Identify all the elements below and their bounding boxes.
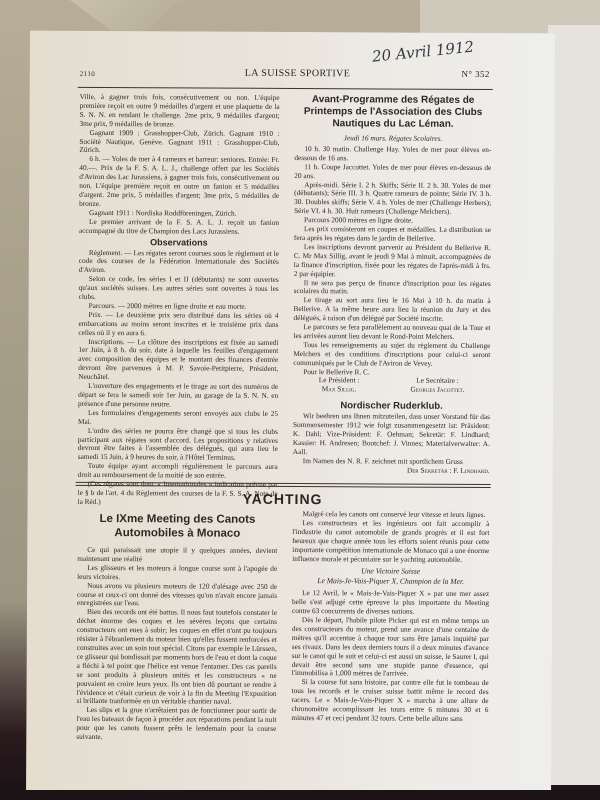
paragraph: Après-midi. Série I. 2 h. Skiffs; Série … <box>294 181 491 218</box>
paragraph: Dès le départ, l'habile pilote Picker qu… <box>292 616 489 679</box>
paragraph: L'ouverture des engagements et le tirage… <box>78 382 278 410</box>
paragraph: Les inscriptions devront parvenir au Pré… <box>294 243 491 280</box>
header-rule <box>78 87 493 90</box>
paragraph: Gagnant 1909 : Grasshopper-Club, Zürich.… <box>79 129 279 157</box>
subheading-champion: Le Mais-Je-Vais-Piquer X, Champion de la… <box>292 577 489 587</box>
paragraph: Ce qui paraissait une utopie il y quelqu… <box>77 546 277 565</box>
paragraph: Règlement. — Les régates seront courues … <box>79 248 279 276</box>
paragraph: Les glisseurs et les moteurs à longue co… <box>77 564 277 583</box>
dark-surface <box>0 790 600 800</box>
back-sheet <box>548 25 600 785</box>
paragraph: Le tirage au sort aura lieu le 16 Mai à … <box>293 296 490 324</box>
paragraph: 11 h. Coupe Jaccottet. Yoles de mer pour… <box>294 163 491 182</box>
date-line: Jeudi 16 mars. Régates Scolaires. <box>294 134 491 144</box>
paragraph: Ville, à gagner trois fois, consécutivem… <box>80 93 280 130</box>
signature-secretary: Le Secrétaire : Georges Jacottet. <box>410 377 464 395</box>
article-title: Le IXme Meeting des Canots Automobiles à… <box>77 512 277 541</box>
paragraph: Nous avons vu plusieurs moteurs de 120 d… <box>77 582 277 610</box>
regatta-title: Avant-Programme des Régates de Printemps… <box>295 94 492 131</box>
yachting-right-column: Malgré cela les canots ont conservé leur… <box>291 510 489 724</box>
paragraph: L'ordre des séries ne pourra être changé… <box>78 427 278 464</box>
signature-president: Le Président : Max Sillig. <box>319 377 360 395</box>
issue-number: N° 352 <box>462 69 490 79</box>
publication-title: LA SUISSE SPORTIVE <box>245 68 351 80</box>
paragraph: Prix. — Le deuxième prix sera distribué … <box>78 311 278 339</box>
paragraph: Les prix consisteront en coupes et médai… <box>294 225 491 244</box>
handwritten-date: 20 Avril 1912 <box>371 38 475 66</box>
paragraph: Les constructeurs et les ingénieurs ont … <box>292 519 489 565</box>
paragraph: Selon ce code, les séries I et II (début… <box>79 275 279 303</box>
paragraph: Si la course fut sans histoire, par cont… <box>291 678 488 724</box>
paragraph: 10 h. 30 matin. Challenge Hay. Yoles de … <box>294 145 491 164</box>
paragraph: 6 h. — Yoles de mer à 4 rameurs et barre… <box>79 155 279 209</box>
nordic-signature: Der Sekretär : F. Lindhard. <box>293 466 490 476</box>
paragraph: Inscriptions. — La clôture des inscripti… <box>78 337 278 383</box>
paragraph: Le premier arrivant de la F. S. A. L. J.… <box>79 218 279 237</box>
left-column: Ville, à gagner trois fois, consécutivem… <box>78 93 280 508</box>
yachting-heading: YACHTING <box>208 491 358 508</box>
page-header: 2110 LA SUISSE SPORTIVE N° 352 <box>80 67 490 85</box>
paragraph: Les slips et la grue n'arrêtaient pas de… <box>76 706 276 743</box>
yachting-left-column: Le IXme Meeting des Canots Automobiles à… <box>76 512 277 743</box>
paragraph: Le 12 Avril, le « Mais-Je-Vais-Piquer X … <box>292 589 489 617</box>
paragraph: Tous les renseignements au sujet du règl… <box>293 341 490 369</box>
page-number: 2110 <box>80 70 95 78</box>
paragraph: Le parcours se fera parallèlement au nou… <box>293 323 490 342</box>
paragraph: Bien des records ont été battus. Il nous… <box>76 608 277 707</box>
signatures: Le Président : Max Sillig. Le Secrétaire… <box>293 376 490 395</box>
newspaper-page: 20 Avril 1912 2110 LA SUISSE SPORTIVE N°… <box>26 31 555 800</box>
right-column: Avant-Programme des Régates de Printemps… <box>293 94 492 476</box>
paragraph: Wir beehren uns Ihnen mitzuteilen, dass … <box>293 412 490 458</box>
observations-heading: Observations <box>79 236 279 248</box>
paragraph: Les formulaires d'engagements seront env… <box>78 409 278 428</box>
